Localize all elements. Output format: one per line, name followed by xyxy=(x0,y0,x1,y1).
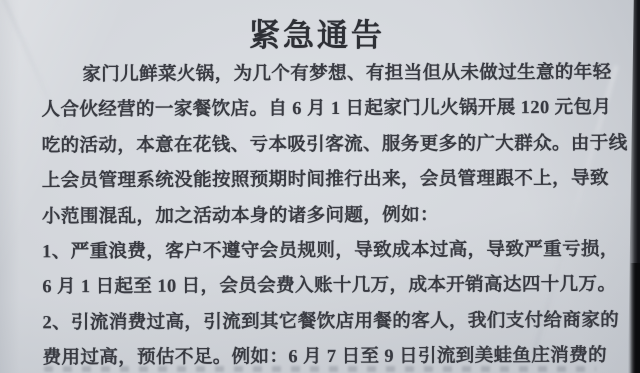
notice-line: 家门儿鲜菜火锅，为几个有梦想、有担当但从未做过生意的年轻 xyxy=(41,56,626,94)
notice-line: 6 月 1 日起至 10 日，会员会费入账十几万，成本开销高达四十几万。 xyxy=(42,268,627,306)
notice-title: 紧急通告 xyxy=(0,10,634,55)
notice-body: 家门儿鲜菜火锅，为几个有梦想、有担当但从未做过生意的年轻 人合伙经营的一家餐饮店… xyxy=(41,56,627,373)
notice-line: 吃的活动，本意在花钱、亏本吸引客流、服务更多的广大群众。由于线 xyxy=(42,127,627,165)
notice-line: 人合伙经营的一家餐饮店。自 6 月 1 日起家门儿火锅开展 120 元包月 xyxy=(41,91,626,129)
photographed-notice: 紧急通告 家门儿鲜菜火锅，为几个有梦想、有担当但从未做过生意的年轻 人合伙经营的… xyxy=(0,0,640,373)
notice-line: 2、引流消费过高，引流到其它餐饮店用餐的客人，我们支付给商家的 xyxy=(42,303,627,341)
notice-line: 1、严重浪费，客户不遵守会员规则，导致成本过高，导致严重亏损， xyxy=(42,233,627,271)
photo-edge-shadow xyxy=(630,263,640,373)
notice-line: 上会员管理系统没能按照预期时间推行出来，会员管理跟不上，导致 xyxy=(42,162,627,200)
notice-line: 费用过高，预估不足。例如：6 月 7 日至 9 日引流到美蛙鱼庄消费的 xyxy=(43,339,628,373)
notice-line: 小范围混乱，加之活动本身的诸多问题，例如： xyxy=(42,197,627,235)
